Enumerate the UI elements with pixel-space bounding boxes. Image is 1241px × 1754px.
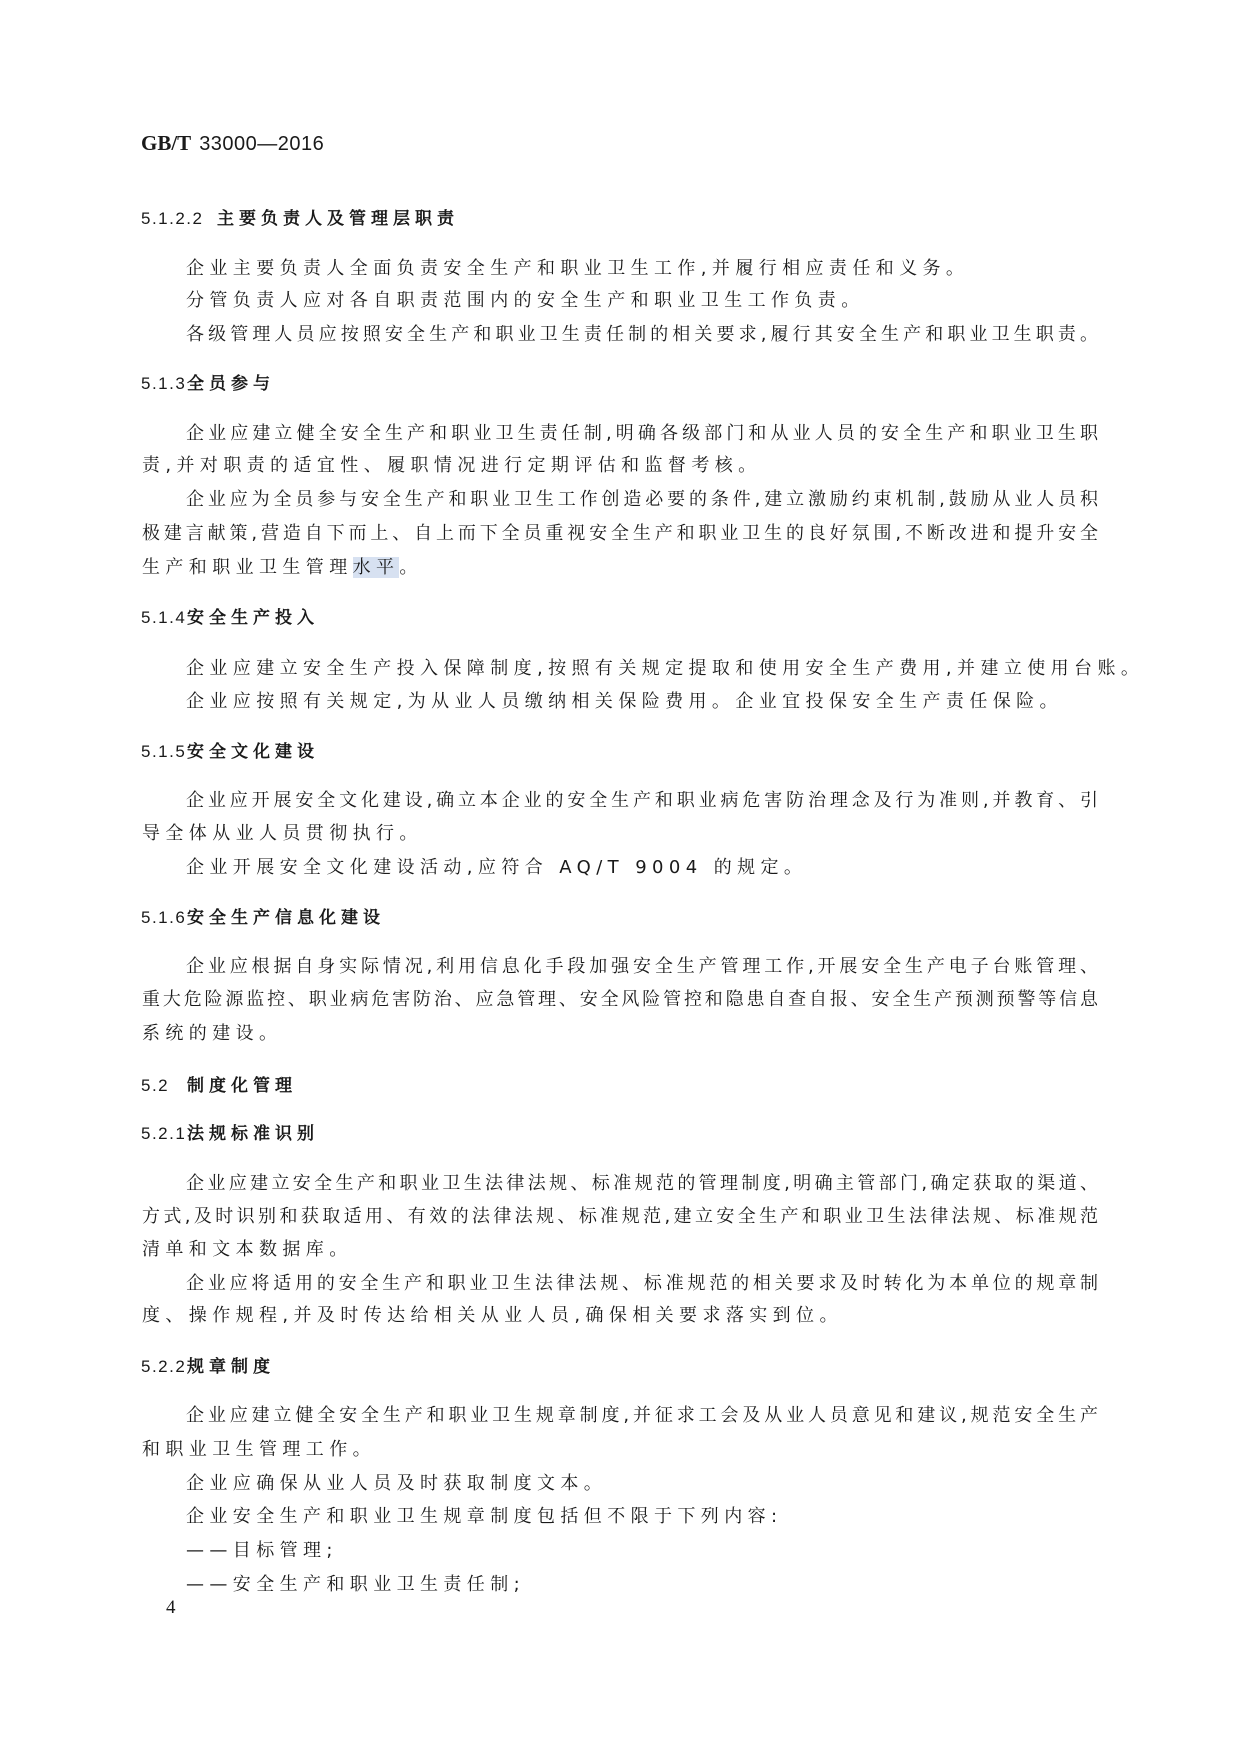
paragraph-line: 分管负责人应对各自职责范围内的安全生产和职业卫生工作负责。 (186, 289, 1098, 313)
paragraph-line: 生产和职业卫生管理水平。 (142, 556, 1098, 580)
paragraph-line: 企业应建立安全生产和职业卫生法律法规、标准规范的管理制度,明确主管部门,确定获取… (186, 1172, 1098, 1196)
section-heading-5-1-5: 5.1.5安全文化建设 (141, 740, 319, 764)
paragraph-line: 企业应为全员参与安全生产和职业卫生工作创造必要的条件,建立激励约束机制,鼓励从业… (186, 488, 1098, 512)
list-item: ——目标管理; (186, 1539, 1098, 1563)
paragraph-line: 企业应将适用的安全生产和职业卫生法律法规、标准规范的相关要求及时转化为本单位的规… (186, 1272, 1098, 1296)
paragraph-line: 导全体从业人员贯彻执行。 (142, 822, 1098, 846)
paragraph-line: 企业应建立健全安全生产和职业卫生规章制度,并征求工会及从业人员意见和建议,规范安… (186, 1404, 1098, 1428)
paragraph-line: 各级管理人员应按照安全生产和职业卫生责任制的相关要求,履行其安全生产和职业卫生职… (186, 323, 1098, 347)
paragraph-line: 和职业卫生管理工作。 (142, 1438, 1098, 1462)
paragraph-line: 系统的建设。 (142, 1022, 1098, 1046)
paragraph-line: 企业应按照有关规定,为从业人员缴纳相关保险费用。企业宜投保安全生产责任保险。 (186, 690, 1098, 714)
paragraph-line: 企业主要负责人全面负责安全生产和职业卫生工作,并履行相应责任和义务。 (186, 257, 1098, 281)
section-heading-5-1-3: 5.1.3全员参与 (141, 372, 275, 396)
section-heading-5-2-2: 5.2.2规章制度 (141, 1355, 275, 1379)
section-heading-5-1-6: 5.1.6安全生产信息化建设 (141, 906, 385, 930)
paragraph-line: 企业应根据自身实际情况,利用信息化手段加强安全生产管理工作,开展安全生产电子台账… (186, 955, 1098, 979)
paragraph-line: 企业安全生产和职业卫生规章制度包括但不限于下列内容: (186, 1505, 1098, 1529)
section-heading-5-2: 5.2制度化管理 (141, 1074, 297, 1098)
page-number: 4 (166, 1597, 176, 1619)
paragraph-line: 责,并对职责的适宜性、履职情况进行定期评估和监督考核。 (142, 454, 1098, 478)
paragraph-line: 度、操作规程,并及时传达给相关从业人员,确保相关要求落实到位。 (142, 1304, 1098, 1328)
text-highlight: 水平 (353, 557, 400, 578)
paragraph-line: 企业应建立安全生产投入保障制度,按照有关规定提取和使用安全生产费用,并建立使用台… (186, 657, 1098, 681)
section-heading-5-1-2-2: 5.1.2.2主要负责人及管理层职责 (141, 207, 459, 231)
standard-number: 33000—2016 (199, 133, 324, 155)
list-item: ——安全生产和职业卫生责任制; (186, 1573, 1098, 1597)
paragraph-line: 极建言献策,营造自下而上、自上而下全员重视安全生产和职业卫生的良好氛围,不断改进… (142, 522, 1098, 546)
standard-code: GB/T (141, 131, 191, 155)
paragraph-line: 企业开展安全文化建设活动,应符合 AQ/T 9004 的规定。 (186, 856, 1098, 880)
paragraph-line: 企业应建立健全安全生产和职业卫生责任制,明确各级部门和从业人员的安全生产和职业卫… (186, 422, 1098, 446)
section-heading-5-1-4: 5.1.4安全生产投入 (141, 606, 319, 630)
paragraph-line: 企业应确保从业人员及时获取制度文本。 (186, 1472, 1098, 1496)
section-heading-5-2-1: 5.2.1法规标准识别 (141, 1122, 319, 1146)
paragraph-line: 重大危险源监控、职业病危害防治、应急管理、安全风险管控和隐患自查自报、安全生产预… (142, 988, 1098, 1012)
document-header: GB/T33000—2016 (141, 131, 324, 156)
paragraph-line: 方式,及时识别和获取适用、有效的法律法规、标准规范,建立安全生产和职业卫生法律法… (142, 1205, 1098, 1229)
paragraph-line: 企业应开展安全文化建设,确立本企业的安全生产和职业病危害防治理念及行为准则,并教… (186, 789, 1098, 813)
paragraph-line: 清单和文本数据库。 (142, 1238, 1098, 1262)
